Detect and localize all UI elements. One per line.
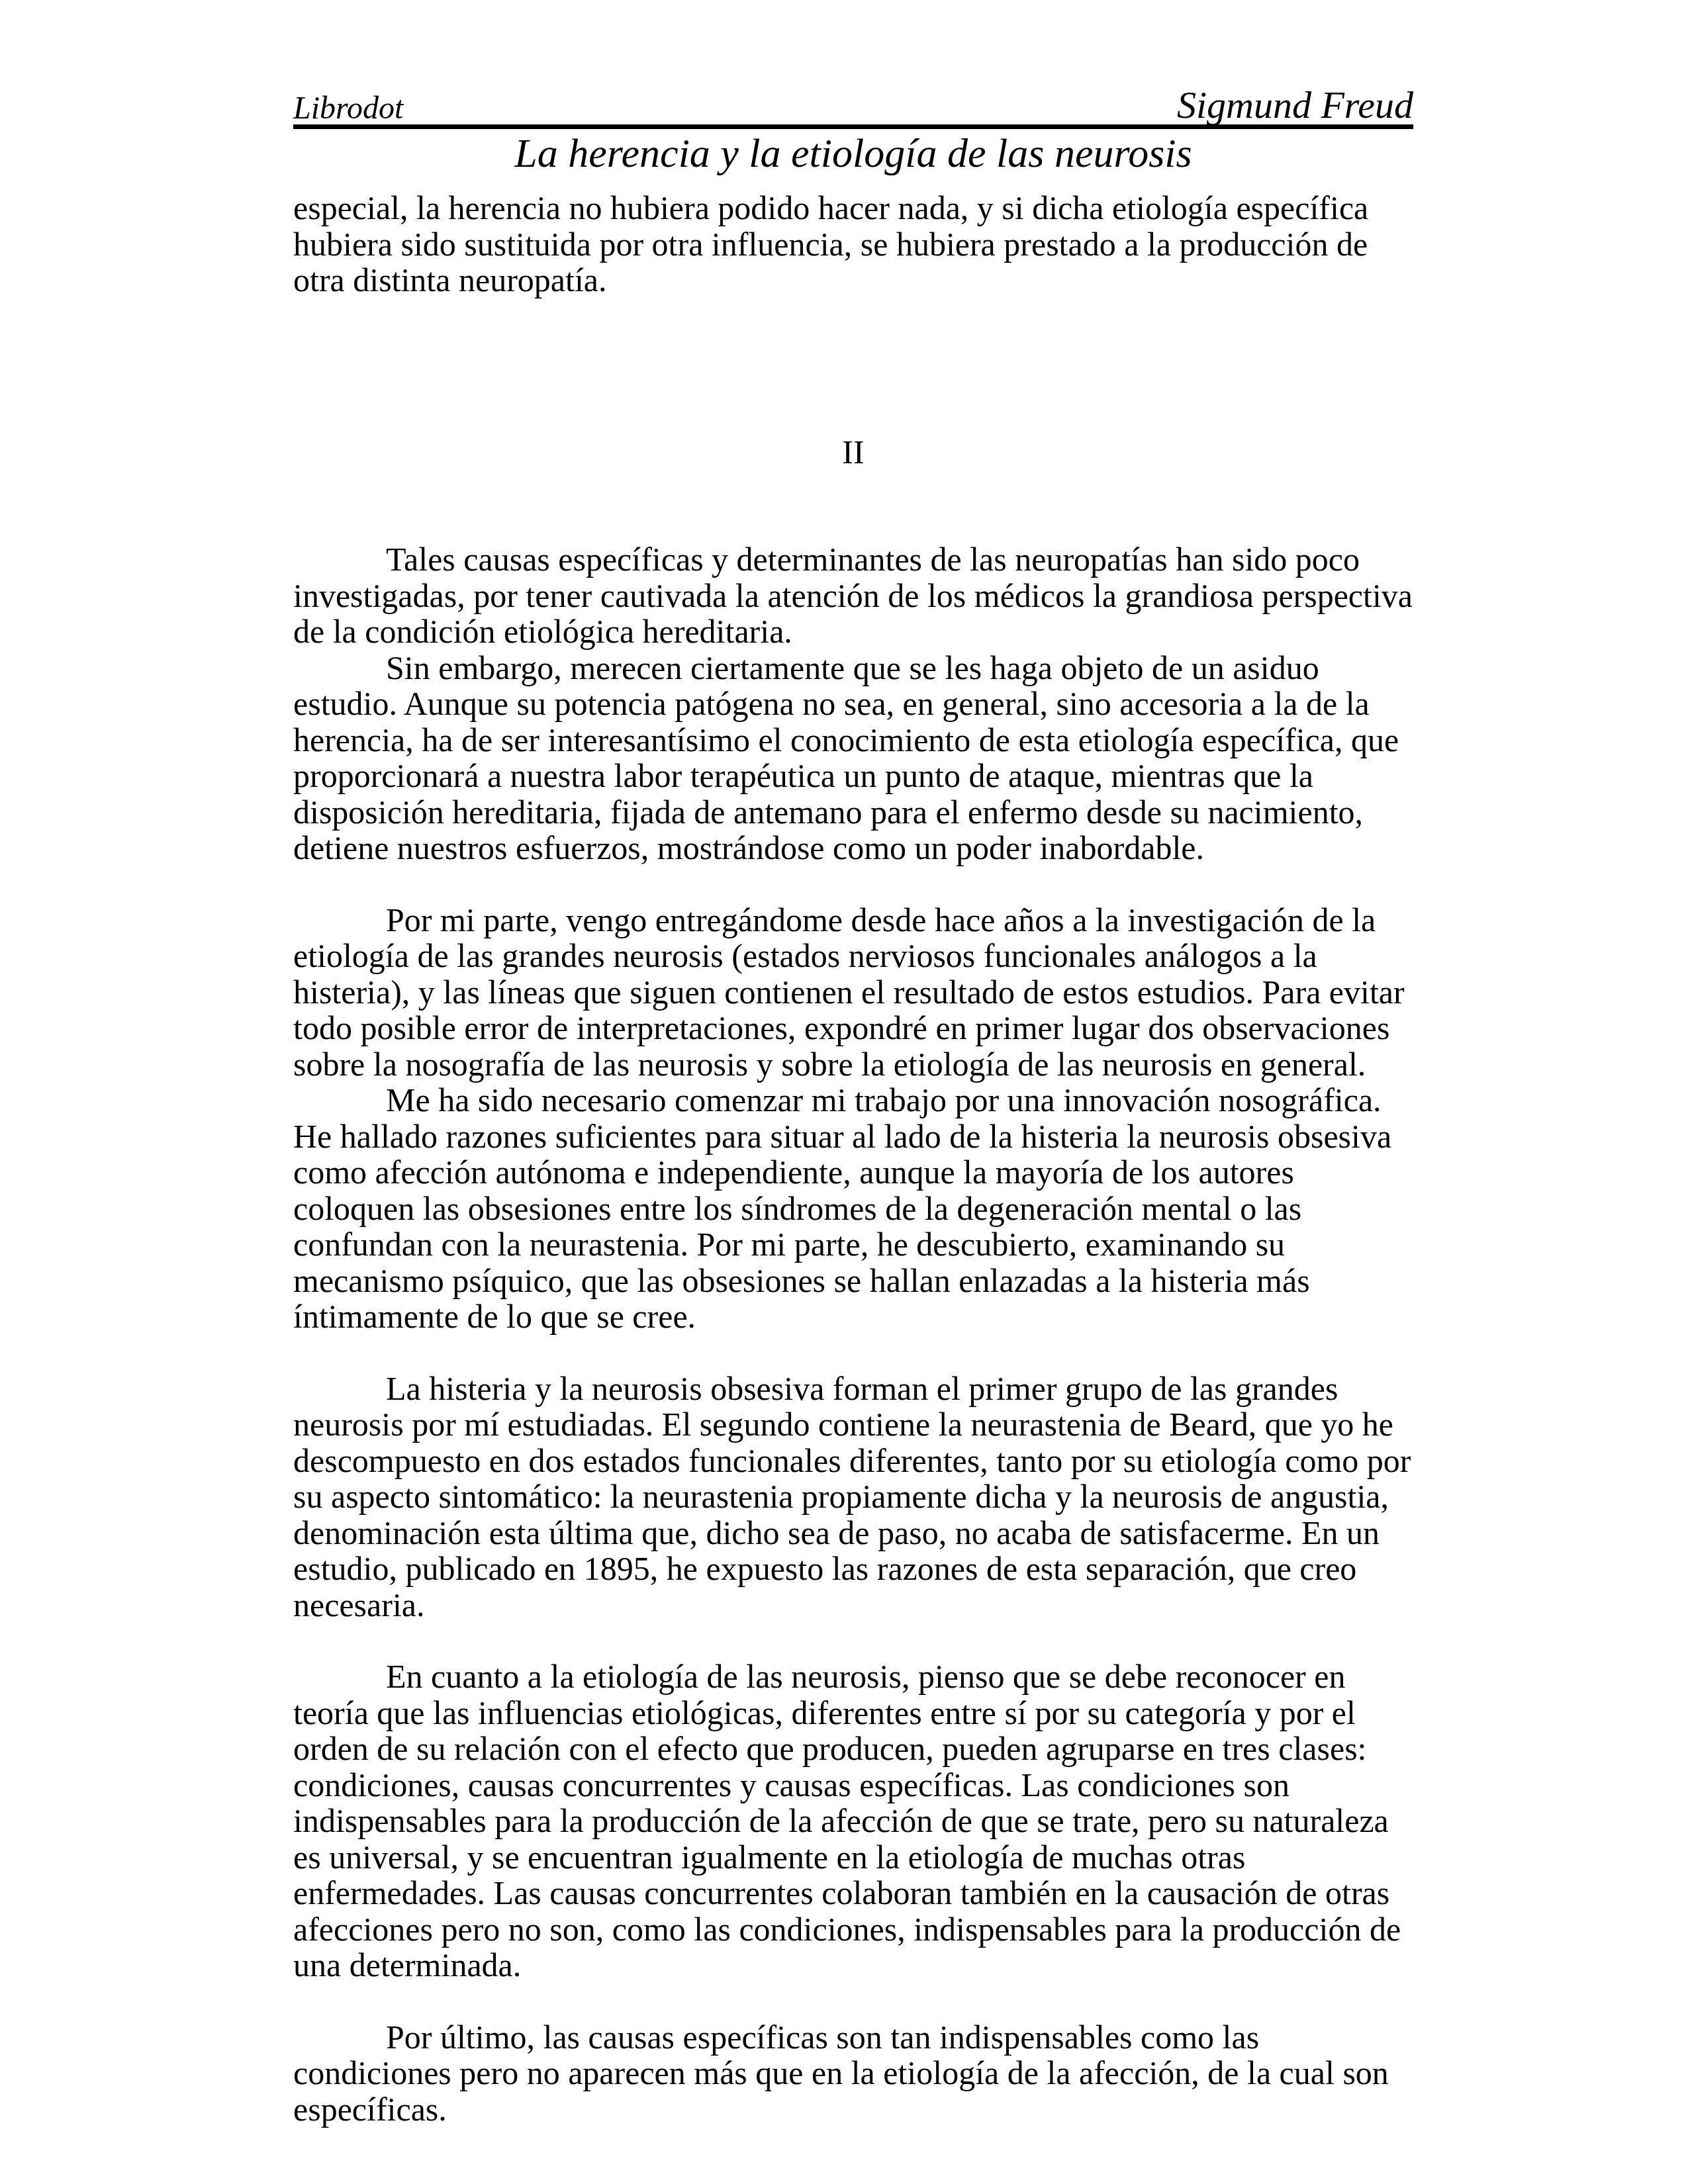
paragraph: La histeria y la neurosis obsesiva forma… [293, 1371, 1413, 1623]
paragraph: Por mi parte, vengo entregándome desde h… [293, 902, 1413, 1083]
paragraph: En cuanto a la etiología de las neurosis… [293, 1659, 1413, 1983]
section-heading: II [293, 434, 1413, 471]
page-header: Librodot Sigmund Freud [293, 85, 1413, 124]
paragraph: Me ha sido necesario comenzar mi trabajo… [293, 1082, 1413, 1335]
document-page: Librodot Sigmund Freud La herencia y la … [0, 0, 1688, 2184]
paragraph: Tales causas específicas y determinantes… [293, 541, 1413, 650]
paragraph: Sin embargo, merecen ciertamente que se … [293, 650, 1413, 866]
paragraph: Por último, las causas específicas son t… [293, 2019, 1413, 2128]
document-title: La herencia y la etiología de las neuros… [293, 133, 1413, 174]
publisher-name: Librodot [293, 93, 403, 124]
paragraph-continuation: especial, la herencia no hubiera podido … [293, 190, 1413, 298]
author-name: Sigmund Freud [1177, 86, 1413, 124]
